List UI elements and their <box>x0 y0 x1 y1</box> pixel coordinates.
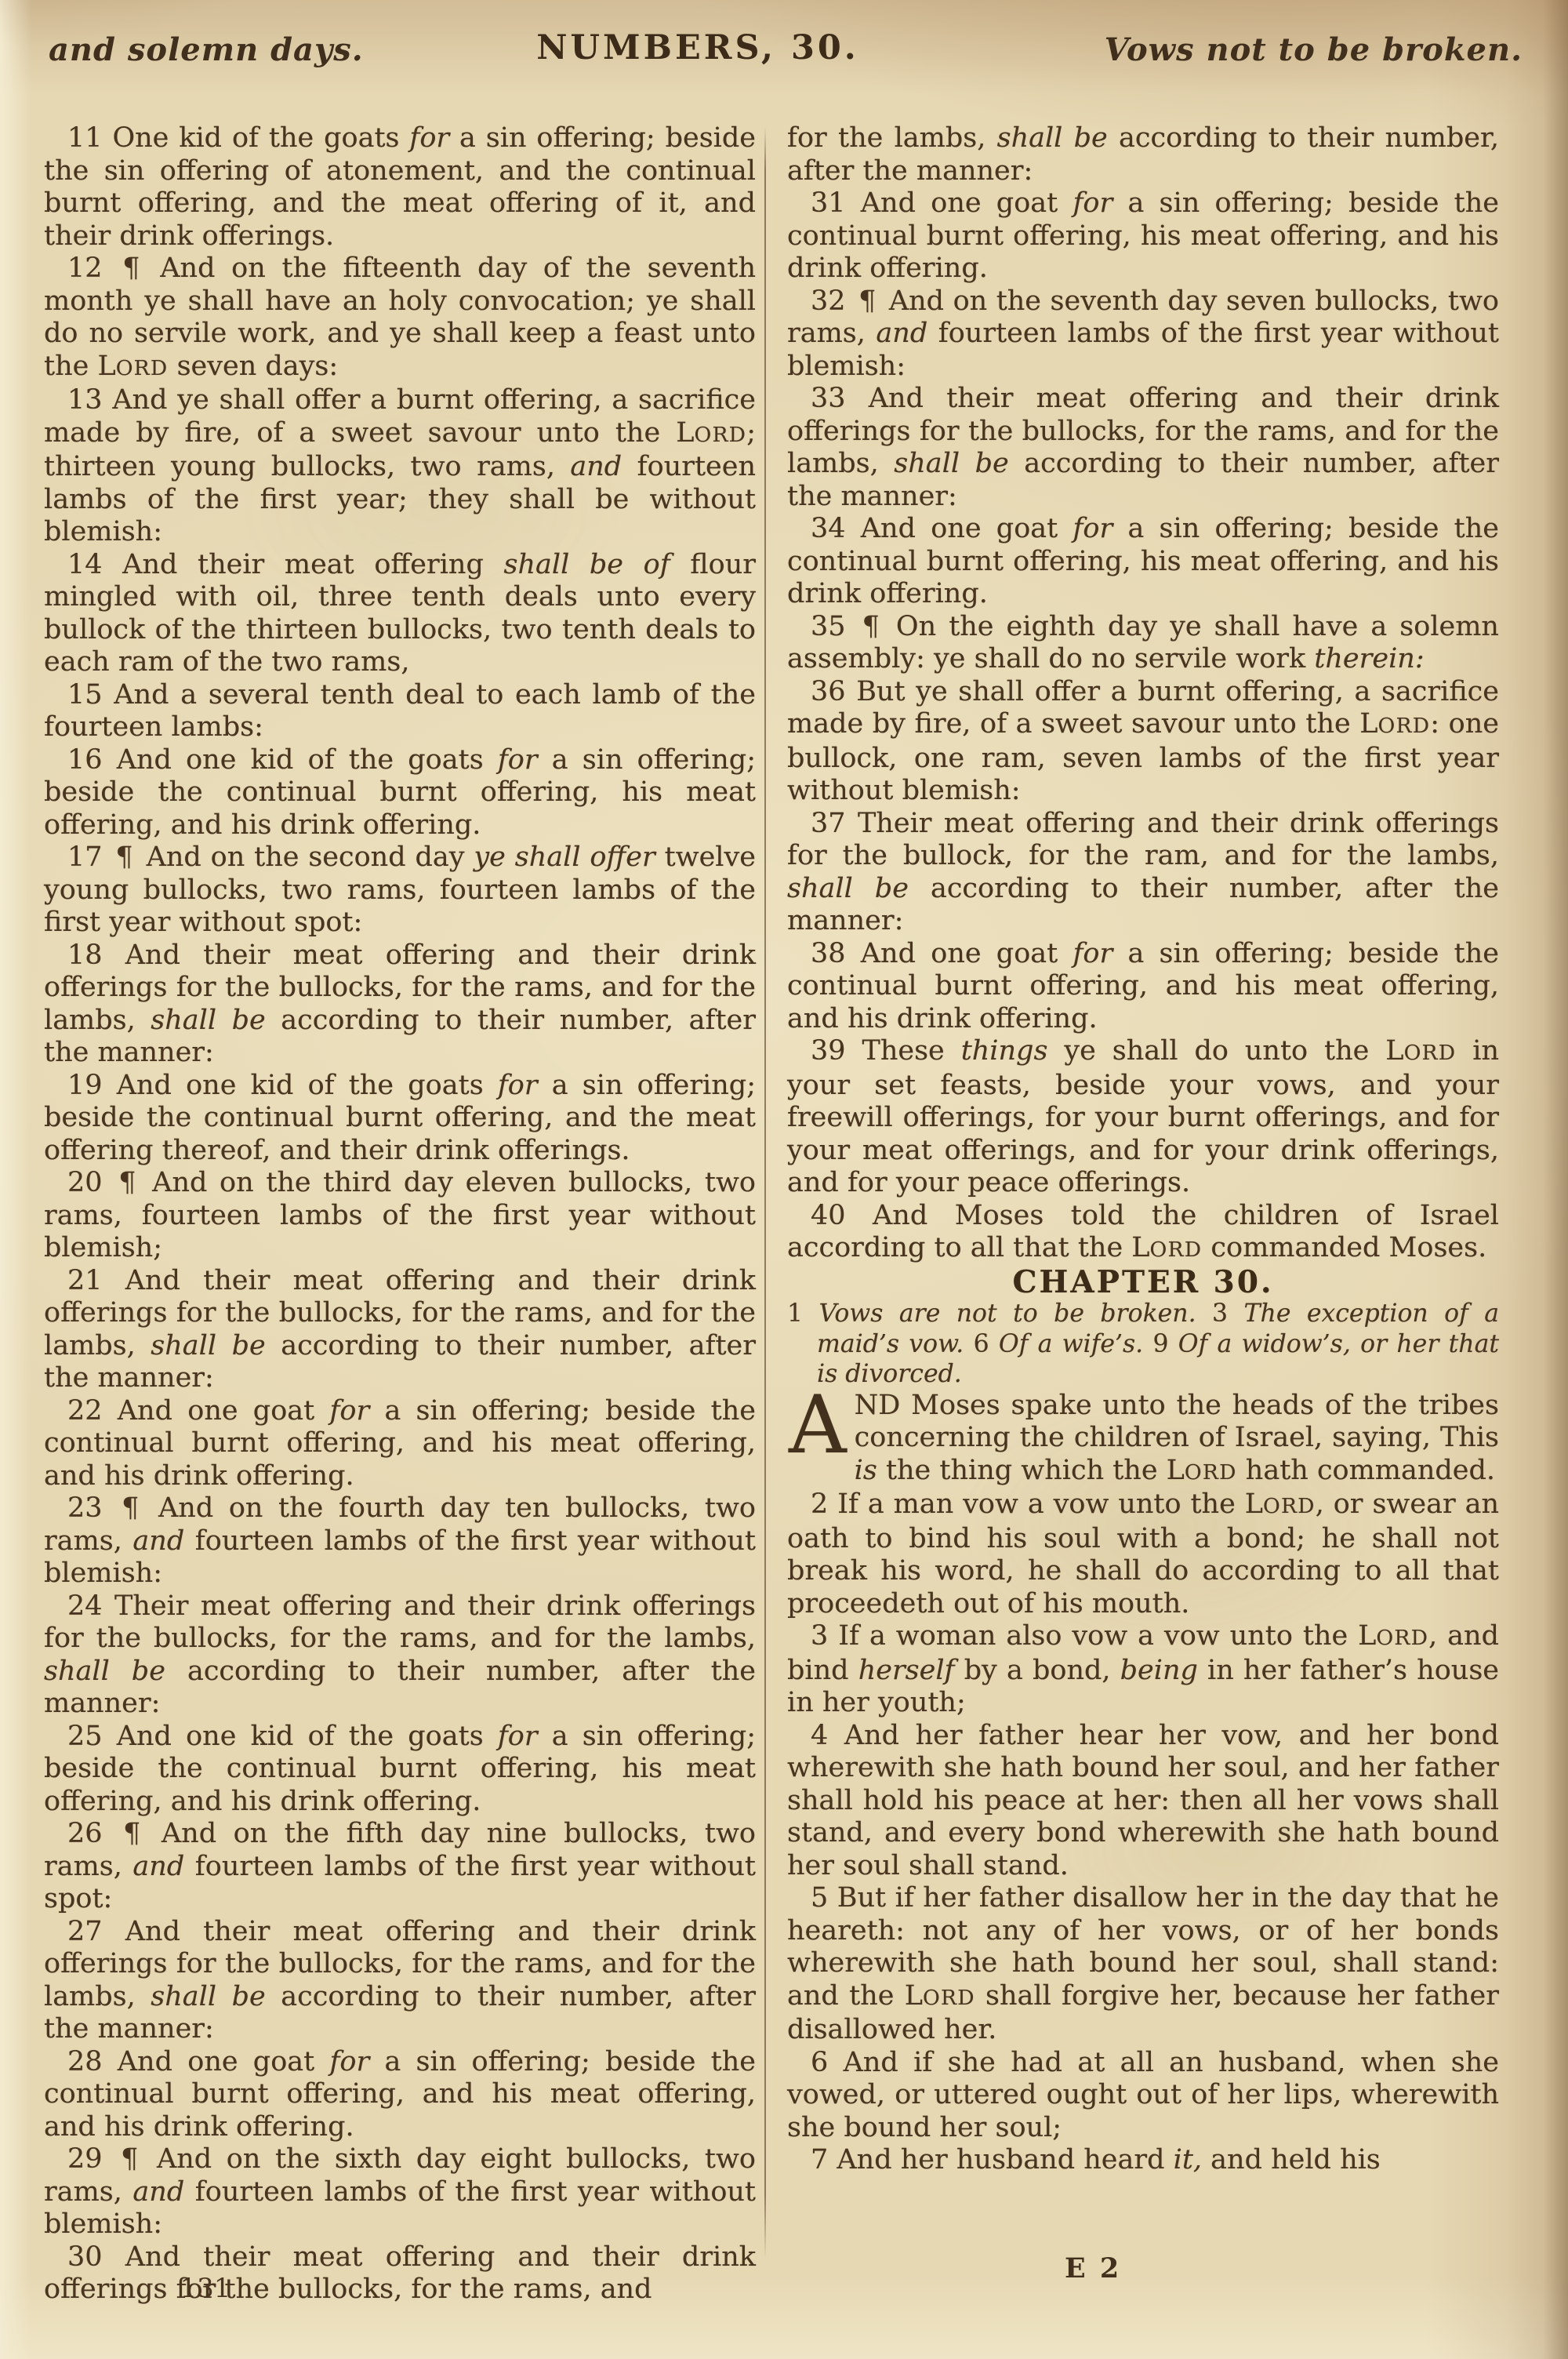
pilcrow-mark: ¶ <box>118 1492 143 1524</box>
pilcrow-mark: ¶ <box>117 2143 142 2175</box>
column-divider-rule <box>764 127 766 2259</box>
verse-33: 33 And their meat offering and their dri… <box>787 383 1499 513</box>
verse-number: 31 <box>811 187 846 219</box>
verse-39: 39 These things ye shall do unto the LOR… <box>787 1035 1499 1200</box>
verse-11: 11 One kid of the goats for a sin offeri… <box>44 122 756 253</box>
verse-number: 11 <box>67 122 103 154</box>
running-head-left: and solemn days. <box>49 31 364 68</box>
verse-number: 37 <box>811 808 846 839</box>
signature-mark: E 2 <box>1065 2252 1121 2284</box>
verse-number: 19 <box>67 1070 103 1101</box>
verse-28: 28 And one goat for a sin offering; besi… <box>44 2046 756 2144</box>
verse-number: 2 <box>811 1488 828 1520</box>
verse-18: 18 And their meat offering and their dri… <box>44 940 756 1070</box>
verse-number: 7 <box>811 2144 828 2175</box>
verse-12: 12 ¶ And on the fifteenth day of the sev… <box>44 253 756 384</box>
verse-number: 3 <box>811 1620 828 1652</box>
pilcrow-mark: ¶ <box>858 611 884 642</box>
verse-number: 13 <box>67 384 103 416</box>
verse-17: 17 ¶ And on the second day ye shall offe… <box>44 841 756 940</box>
verse-15: 15 And a several tenth deal to each lamb… <box>44 679 756 744</box>
verse-number: 18 <box>67 940 103 971</box>
verse-32: 32 ¶ And on the seventh day seven bulloc… <box>787 285 1499 383</box>
pilcrow-mark: ¶ <box>111 841 136 873</box>
verse-number: 34 <box>811 513 846 544</box>
verse-34: 34 And one goat for a sin offering; besi… <box>787 513 1499 611</box>
verse-number: 22 <box>67 1395 103 1427</box>
verse-7: 7 And her husband heard it, and held his <box>787 2144 1499 2177</box>
verse-number: 24 <box>67 1590 103 1622</box>
verse-number: 17 <box>67 841 103 873</box>
verse-23: 23 ¶ And on the fourth day ten bullocks,… <box>44 1492 756 1590</box>
page-number: 131 <box>127 2273 284 2304</box>
verse-38: 38 And one goat for a sin offering; besi… <box>787 938 1499 1036</box>
verse-4: 4 And her father hear her vow, and her b… <box>787 1720 1499 1883</box>
verse-40: 40 And Moses told the children of Israel… <box>787 1200 1499 1267</box>
verse-6: 6 And if she had at all an husband, when… <box>787 2047 1499 2145</box>
verse-21: 21 And their meat offering and their dri… <box>44 1265 756 1395</box>
verse-number: 33 <box>811 383 846 414</box>
verse-14: 14 And their meat offering shall be of f… <box>44 549 756 679</box>
verse-number: 21 <box>67 1265 103 1296</box>
verse-number: 6 <box>811 2047 828 2078</box>
pilcrow-mark: ¶ <box>855 285 880 317</box>
verse-13: 13 And ye shall offer a burnt offering, … <box>44 384 756 549</box>
verse-number: 29 <box>67 2143 103 2175</box>
drop-cap-letter: A <box>787 1390 855 1457</box>
verse-number: 25 <box>67 1721 103 1752</box>
chapter-summary: 1 Vows are not to be broken. 3 The excep… <box>787 1299 1499 1390</box>
verse-31: 31 And one goat for a sin offering; besi… <box>787 187 1499 285</box>
verse-number: 14 <box>67 549 103 580</box>
chapter-heading: CHAPTER 30. <box>787 1267 1499 1299</box>
verse-number: 20 <box>67 1167 103 1198</box>
verse-number: 27 <box>67 1916 103 1947</box>
verse-number: 36 <box>811 676 846 707</box>
verse-number: 5 <box>811 1882 828 1914</box>
verse-35: 35 ¶ On the eighth day ye shall have a s… <box>787 611 1499 676</box>
pilcrow-mark: ¶ <box>114 1167 140 1198</box>
verse-1-dropcap: AND Moses spake unto the heads of the tr… <box>787 1390 1499 1489</box>
pilcrow-mark: ¶ <box>118 253 143 284</box>
verse-number: 39 <box>811 1035 846 1067</box>
verse-number: 35 <box>811 611 846 642</box>
running-head-right: Vows not to be broken. <box>1105 31 1523 68</box>
verse-22: 22 And one goat for a sin offering; besi… <box>44 1395 756 1493</box>
verse-number: 38 <box>811 938 846 969</box>
verse-number: 12 <box>67 253 103 284</box>
verse-16: 16 And one kid of the goats for a sin of… <box>44 744 756 842</box>
verse-19: 19 And one kid of the goats for a sin of… <box>44 1070 756 1168</box>
verse-36: 36 But ye shall offer a burnt offering, … <box>787 676 1499 808</box>
right-column: for the lambs, shall be according to the… <box>787 122 1499 2177</box>
running-head-center: NUMBERS, 30. <box>536 28 859 67</box>
verse-27: 27 And their meat offering and their dri… <box>44 1916 756 2046</box>
verse-2: 2 If a man vow a vow unto the LORD, or s… <box>787 1488 1499 1620</box>
verse-25: 25 And one kid of the goats for a sin of… <box>44 1721 756 1819</box>
verse-number: 28 <box>67 2046 103 2077</box>
verse-number: 23 <box>67 1492 103 1524</box>
verse-number: 26 <box>67 1818 103 1849</box>
verse-37: 37 Their meat offering and their drink o… <box>787 808 1499 938</box>
verse-29: 29 ¶ And on the sixth day eight bullocks… <box>44 2143 756 2241</box>
verse-5: 5 But if her father disallow her in the … <box>787 1882 1499 2047</box>
verse-26: 26 ¶ And on the fifth day nine bullocks,… <box>44 1818 756 1916</box>
verse-number: 30 <box>67 2241 103 2273</box>
verse-24: 24 Their meat offering and their drink o… <box>44 1590 756 1721</box>
verse-number: 15 <box>67 679 103 711</box>
bible-page: { "header": { "left": "and solemn days."… <box>0 0 1568 2359</box>
verse-number: 40 <box>811 1200 846 1231</box>
left-column: 11 One kid of the goats for a sin offeri… <box>44 122 756 2306</box>
verse-20: 20 ¶ And on the third day eleven bullock… <box>44 1167 756 1265</box>
verse-3: 3 If a woman also vow a vow unto the LOR… <box>787 1620 1499 1720</box>
verse-number: 32 <box>811 285 846 317</box>
verse-number: 4 <box>811 1720 828 1751</box>
verse-number: 16 <box>67 744 103 776</box>
pilcrow-mark: ¶ <box>119 1818 144 1849</box>
verse-continuation: for the lambs, shall be according to the… <box>787 122 1499 187</box>
